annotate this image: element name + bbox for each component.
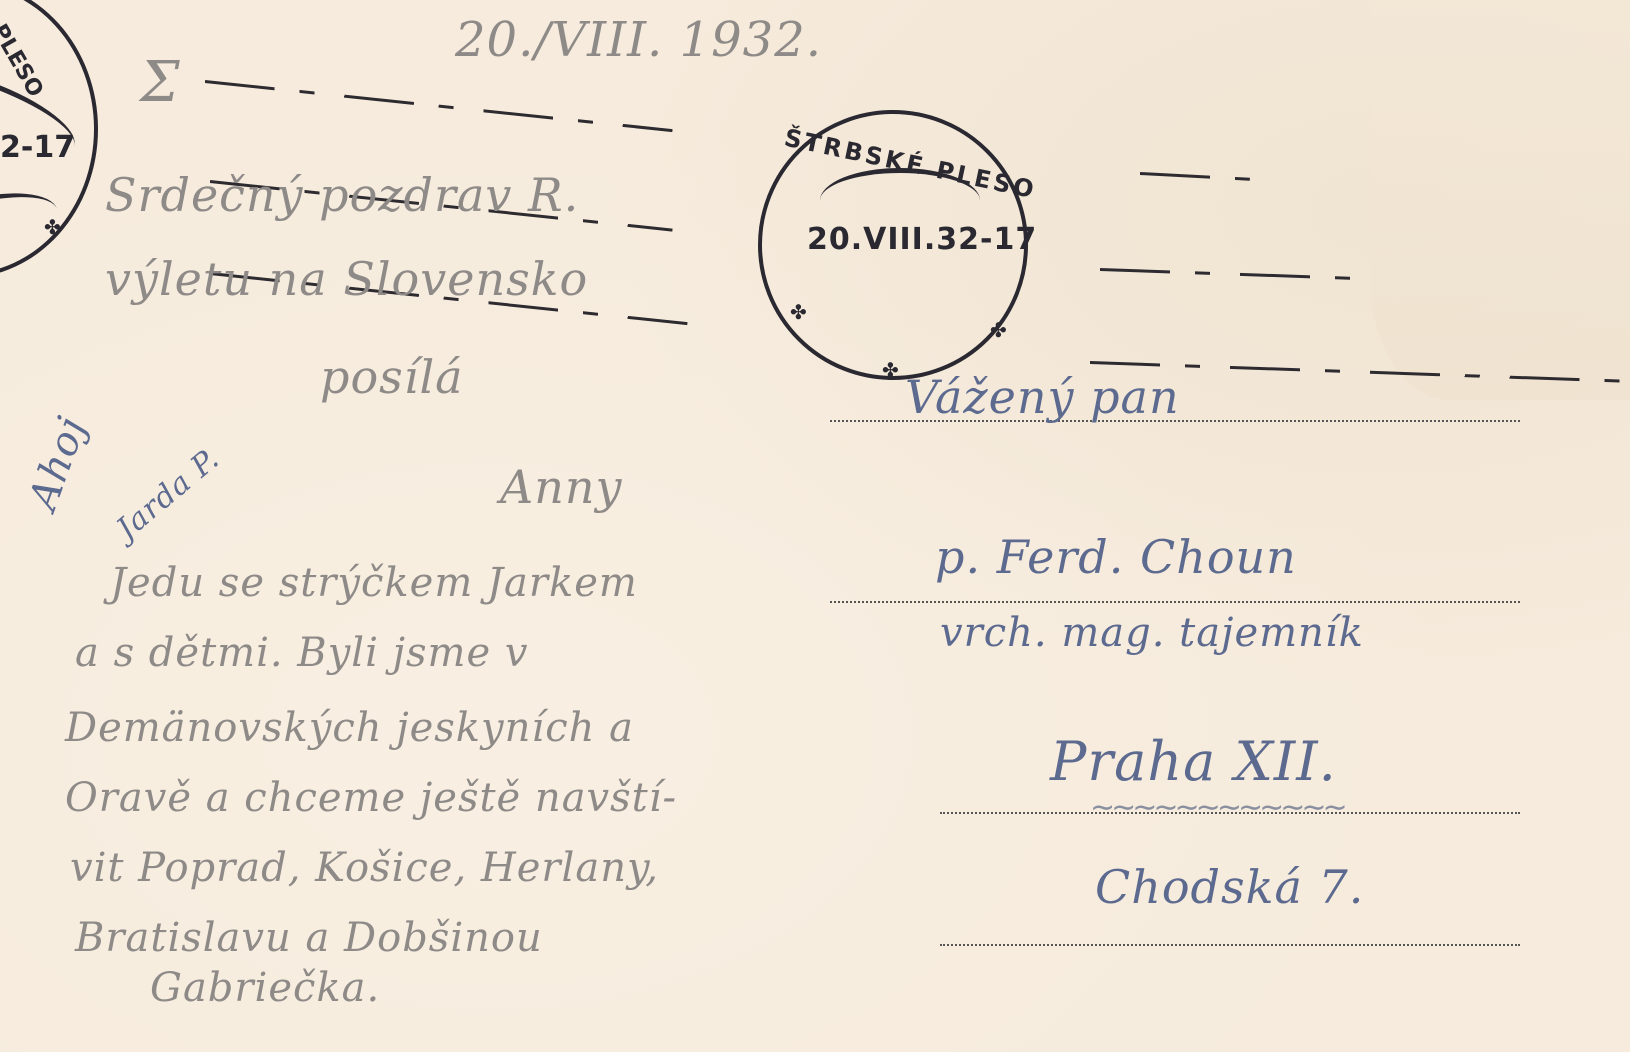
message-line-9: vit Poprad, Košice, Herlany, — [70, 845, 659, 891]
postcard: PLESO 2-17 ✤ ŠTRBSKÉ PLESO 20.VIII.32-17… — [0, 0, 1630, 1052]
message-line-7: Demänovských jeskyních a — [65, 705, 634, 751]
postmark-main-star-bottom: ✤ — [882, 358, 899, 382]
address-title: vrch. mag. tajemník — [940, 610, 1364, 656]
side-note-line-1: Ahoj — [20, 411, 96, 516]
stamp-removed-area — [1370, 0, 1630, 400]
message-signature: Gabriečka. — [150, 965, 380, 1011]
date-note: 20./VIII. 1932. — [455, 12, 822, 68]
corner-mark: Σ — [140, 50, 181, 115]
cancel-line — [1140, 172, 1250, 181]
message-line-4: Anny — [500, 460, 622, 514]
message-line-2: výletu na Slovensko — [105, 252, 588, 306]
postmark-main-star-right: ✤ — [990, 318, 1007, 342]
address-street: Chodská 7. — [1095, 860, 1364, 914]
message-line-3: posílá — [320, 350, 464, 404]
address-line — [830, 601, 1520, 603]
postmark-left-star: ✤ — [44, 215, 61, 239]
message-line-6: a s dětmi. Byli jsme v — [75, 630, 528, 676]
message-line-8: Oravě a chceme ještě navští- — [65, 775, 677, 821]
address-city-underline: ∼∼∼∼∼∼∼∼∼∼∼∼ — [1090, 790, 1344, 825]
message-line-1: Srdečný pozdrav R. — [105, 168, 579, 222]
message-line-10: Bratislavu a Dobšinou — [75, 915, 543, 961]
message-line-5: Jedu se strýčkem Jarkem — [110, 560, 638, 606]
address-city: Praha XII. — [1050, 730, 1337, 793]
cancel-line — [1100, 268, 1360, 280]
postmark-main-date: 20.VIII.32-17 — [807, 222, 1037, 257]
address-name: p. Ferd. Choun — [935, 530, 1297, 584]
address-salutation: Vážený pan — [905, 370, 1180, 424]
address-line — [940, 944, 1520, 946]
side-note-line-2: Jarda P. — [110, 441, 226, 547]
postmark-main-star-left: ✤ — [790, 300, 807, 324]
postmark-left-date: 2-17 — [0, 130, 75, 165]
cancel-line — [205, 80, 673, 132]
